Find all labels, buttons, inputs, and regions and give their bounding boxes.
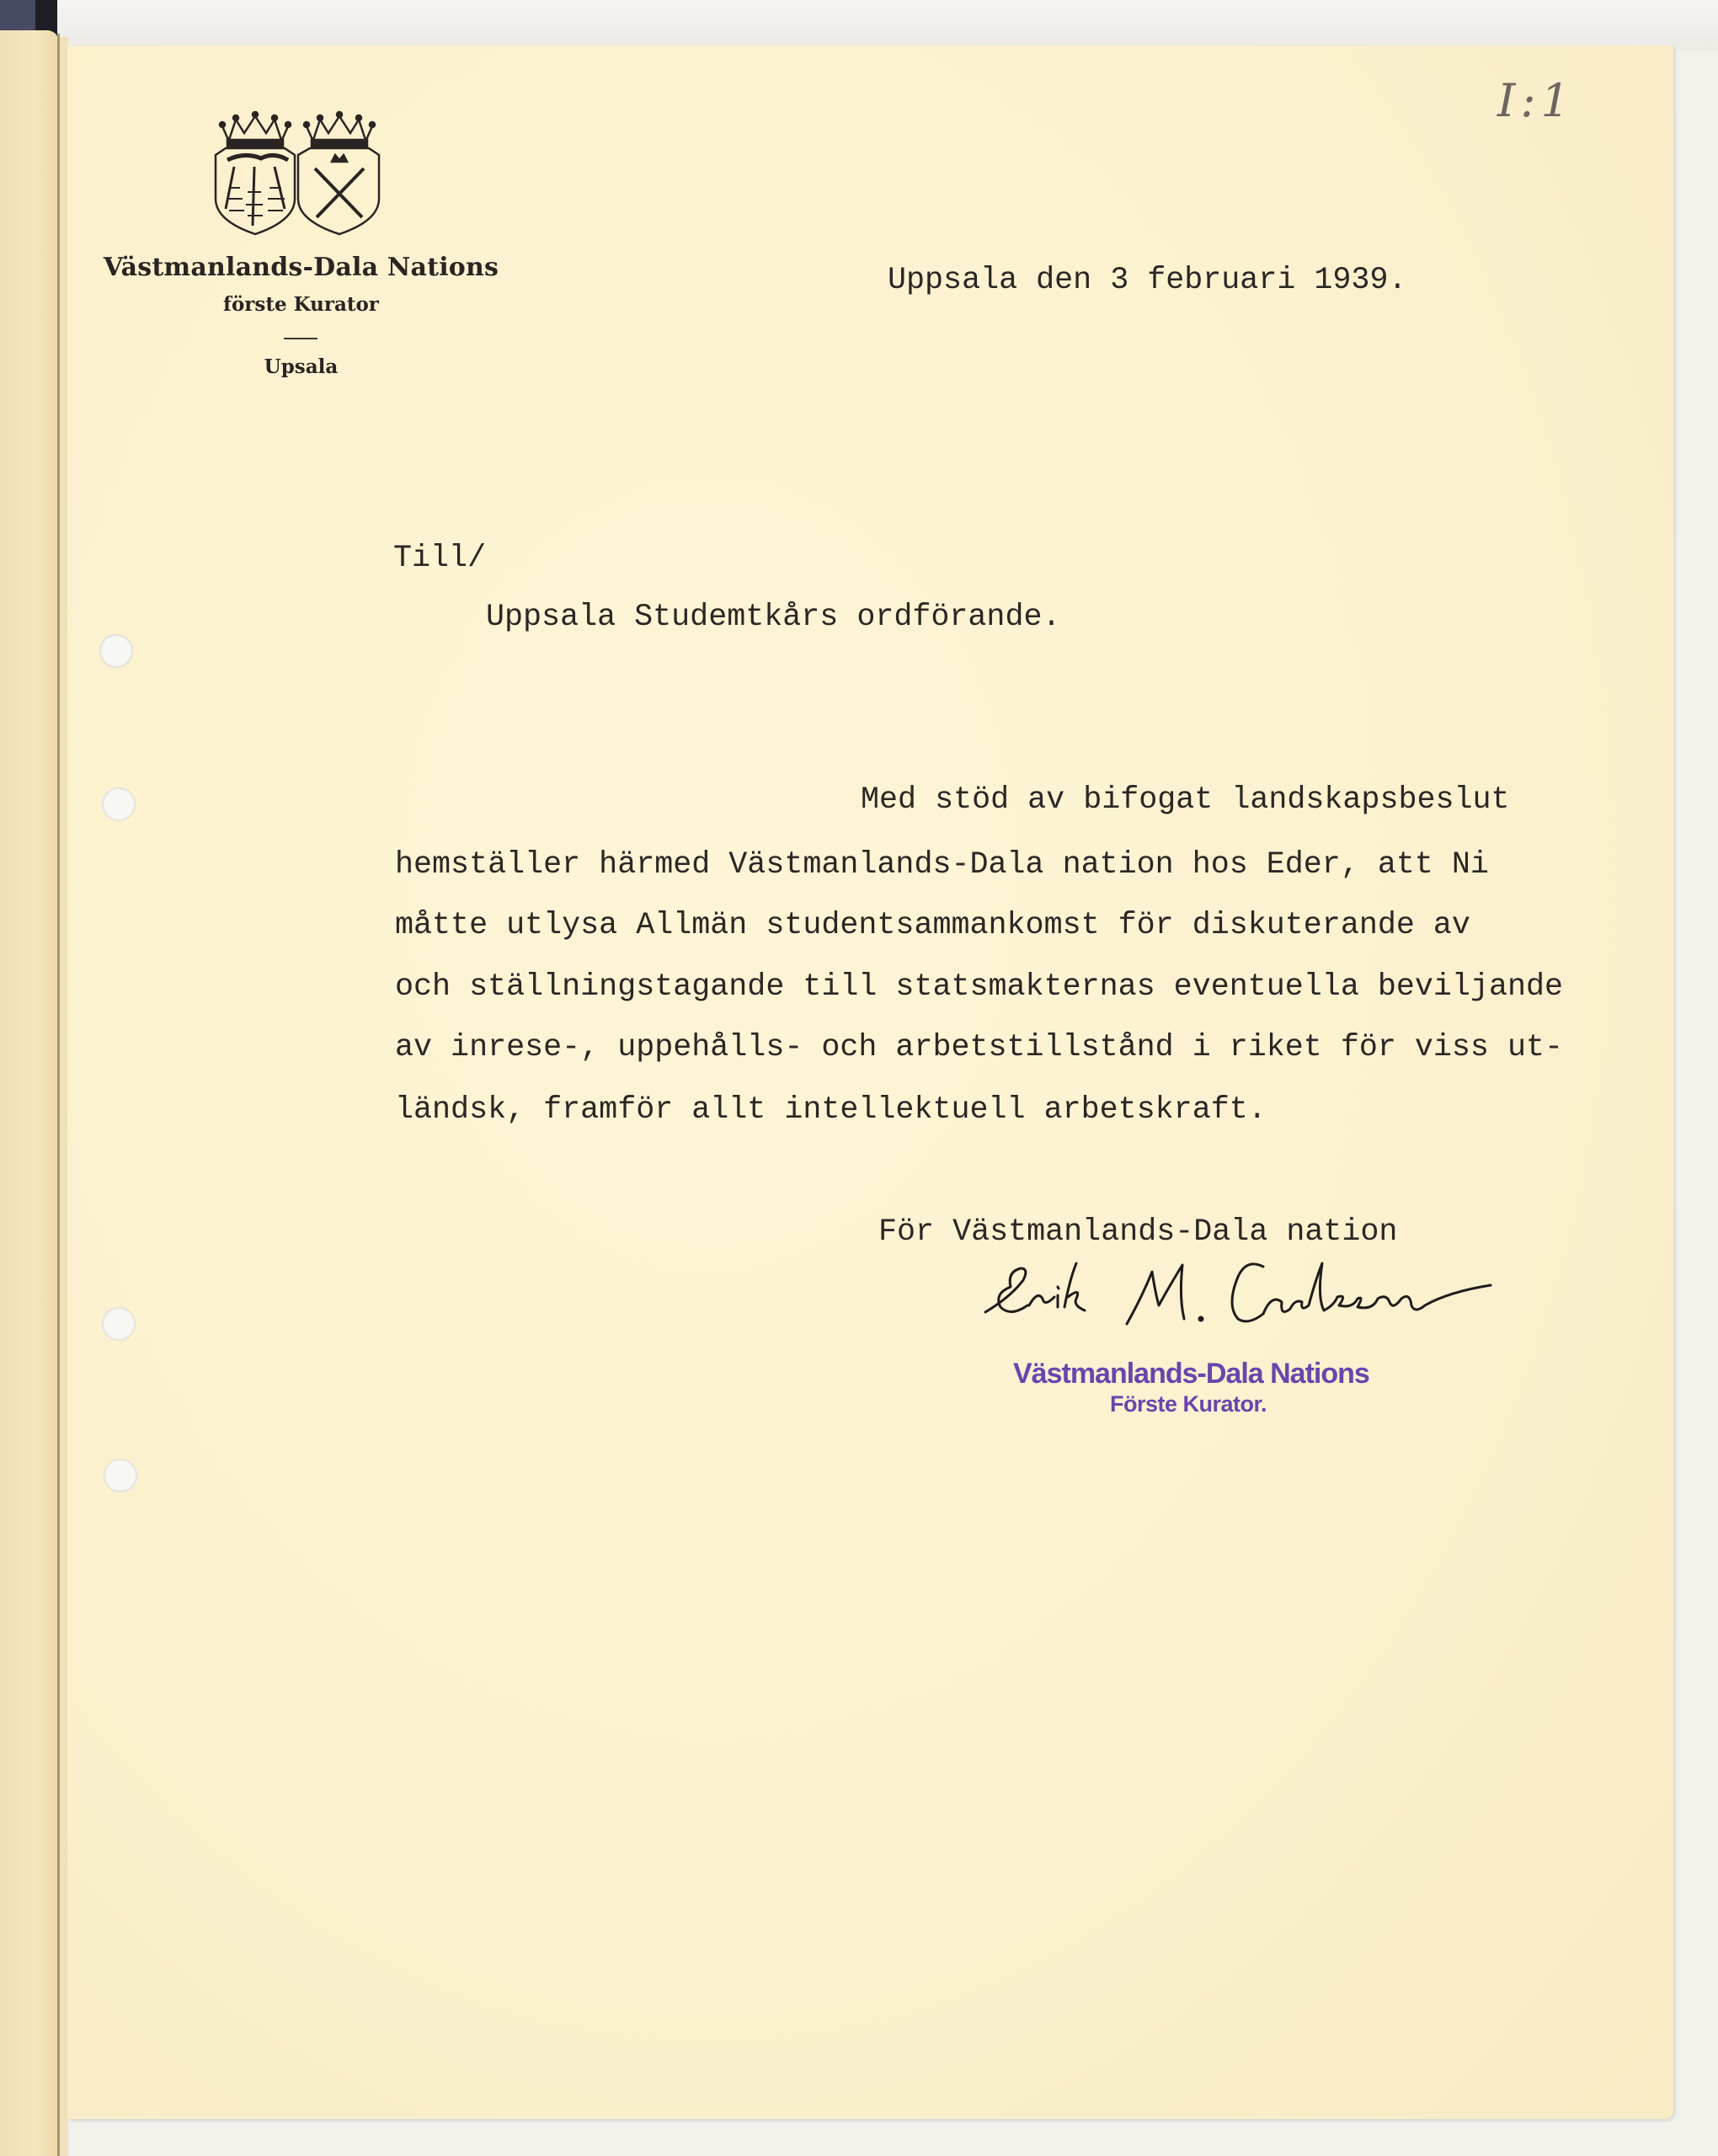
closing-on-behalf-of: För Västmanlands-Dala nation (878, 1217, 1397, 1248)
punch-hole-icon (102, 787, 136, 821)
letterhead-organization: Västmanlands-Dala Nations (101, 253, 501, 282)
recipient-addressee: Uppsala Studemtkårs ordförande. (486, 602, 1061, 633)
body-line: måtte utlysa Allmän studentsammankomst f… (395, 910, 1470, 942)
date-line: Uppsala den 3 februari 1939. (888, 265, 1406, 296)
body-line: Med stöd av bifogat landskapsbeslut (861, 785, 1510, 816)
stamp-role: Förste Kurator. (1110, 1391, 1267, 1417)
coat-of-arms-icon (211, 108, 384, 236)
binder-cover-cloth (0, 0, 35, 30)
punch-hole-icon (99, 634, 133, 668)
left-crown-icon (220, 112, 291, 147)
archive-mark: I:1 (1497, 74, 1575, 127)
right-crown-icon (304, 112, 375, 147)
stamp-organization: Västmanlands-Dala Nations (1013, 1358, 1369, 1390)
letterhead-role: förste Kurator (101, 293, 501, 316)
handwritten-signature (977, 1246, 1516, 1339)
body-line: av inrese-, uppehålls- och arbetstillstå… (395, 1033, 1563, 1064)
letterhead-divider (284, 338, 317, 339)
binder-left-leaf (0, 30, 59, 2156)
body-line: hemställer härmed Västmanlands-Dala nati… (395, 850, 1489, 881)
scan-background (0, 0, 1718, 51)
letterhead-city: Upsala (101, 355, 501, 378)
punch-hole-icon (102, 1307, 136, 1341)
punch-hole-icon (104, 1459, 137, 1492)
recipient-salutation: Till/ (393, 543, 486, 574)
body-line: ländsk, framför allt intellektuell arbet… (395, 1095, 1267, 1126)
body-line: och ställningstagande till statsmakterna… (395, 972, 1563, 1003)
